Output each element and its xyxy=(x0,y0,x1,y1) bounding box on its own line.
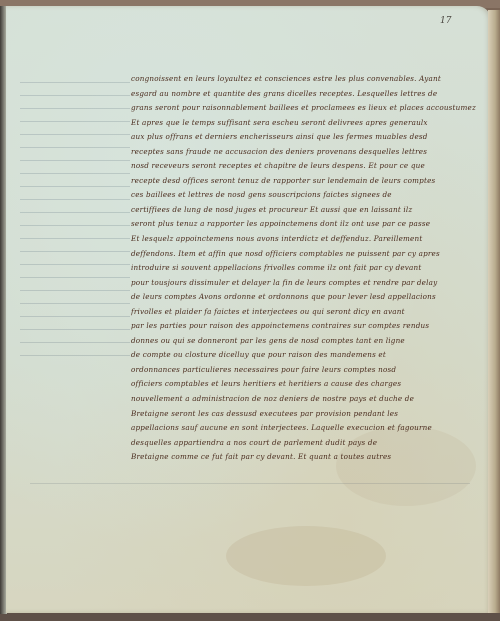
manuscript-line-text: par les parties pour raison des appoinct… xyxy=(131,321,429,330)
manuscript-line: frivolles et plaider fa faictes et inter… xyxy=(131,305,481,320)
manuscript-line: ordonnances particulieres necessaires po… xyxy=(131,363,481,378)
manuscript-line-text: Bretaigne comme ce fut fait par cy devan… xyxy=(131,452,391,461)
manuscript-line-text: recepte desd offices seront tenuz de rap… xyxy=(131,176,435,185)
manuscript-line-text: Bretaigne seront les cas dessusd execute… xyxy=(131,409,398,418)
manuscript-line: pour tousjours dissimuler et delayer la … xyxy=(131,276,481,291)
manuscript-line: grans seront pour raisonnablement baille… xyxy=(131,101,481,116)
folio-number: 17 xyxy=(440,16,451,26)
page-fore-edge xyxy=(488,10,500,613)
manuscript-line: ces baillees et lettres de nosd gens sou… xyxy=(131,188,481,203)
manuscript-text-block: congnoissent en leurs loyaultez et consc… xyxy=(131,72,481,465)
manuscript-line: esgard au nombre et quantite des grans d… xyxy=(131,87,481,102)
manuscript-line-text: appellacions sauf aucune en sont interje… xyxy=(131,423,432,432)
manuscript-line-text: grans seront pour raisonnablement baille… xyxy=(131,103,476,112)
manuscript-line-text: ordonnances particulieres necessaires po… xyxy=(131,365,396,374)
manuscript-line: officiers comptables et leurs heritiers … xyxy=(131,377,481,392)
manuscript-line: appellacions sauf aucune en sont interje… xyxy=(131,421,481,436)
manuscript-line: aux plus offrans et derniers encherisseu… xyxy=(131,130,481,145)
manuscript-line: par les parties pour raison des appoinct… xyxy=(131,319,481,334)
manuscript-line: seront plus tenuz a rapporter les appoin… xyxy=(131,217,481,232)
manuscript-line: recepte desd offices seront tenuz de rap… xyxy=(131,174,481,189)
manuscript-line-text: Et lesquelz appoinctemens nous avons int… xyxy=(131,234,422,243)
manuscript-line: Bretaigne comme ce fut fait par cy devan… xyxy=(131,450,481,465)
manuscript-line-text: esgard au nombre et quantite des grans d… xyxy=(131,89,437,98)
manuscript-line: deffendons. Item et affin que nosd offic… xyxy=(131,247,481,262)
manuscript-line-text: Et apres que le temps suffisant sera esc… xyxy=(131,118,428,127)
manuscript-line-text: congnoissent en leurs loyaultez et consc… xyxy=(131,74,441,83)
manuscript-line-text: receptes sans fraude ne accusacion des d… xyxy=(131,147,427,156)
manuscript-line-text: aux plus offrans et derniers encherisseu… xyxy=(131,132,428,141)
manuscript-line: de compte ou closture dicelluy que pour … xyxy=(131,348,481,363)
manuscript-line-text: frivolles et plaider fa faictes et inter… xyxy=(131,307,405,316)
manuscript-line-text: pour tousjours dissimuler et delayer la … xyxy=(131,278,437,287)
manuscript-line: Et lesquelz appoinctemens nous avons int… xyxy=(131,232,481,247)
manuscript-line: de leurs comptes Avons ordonne et ordonn… xyxy=(131,290,481,305)
manuscript-line-text: nosd receveurs seront receptes et chapit… xyxy=(131,161,425,170)
manuscript-line: Bretaigne seront les cas dessusd execute… xyxy=(131,407,481,422)
manuscript-line-text: donnes ou qui se donneront par les gens … xyxy=(131,336,405,345)
manuscript-line: desquelles appartiendra a nos court de p… xyxy=(131,436,481,451)
manuscript-line-text: de leurs comptes Avons ordonne et ordonn… xyxy=(131,292,436,301)
manuscript-line-text: seront plus tenuz a rapporter les appoin… xyxy=(131,219,430,228)
manuscript-line: certiffiees de lung de nosd juges et pro… xyxy=(131,203,481,218)
manuscript-line: nouvellement a administracion de noz den… xyxy=(131,392,481,407)
manuscript-line-text: officiers comptables et leurs heritiers … xyxy=(131,379,401,388)
photo-background-bottom xyxy=(0,612,500,621)
parchment-stain xyxy=(226,526,386,586)
manuscript-line: donnes ou qui se donneront par les gens … xyxy=(131,334,481,349)
manuscript-line-text: introduire si souvent appellacions frivo… xyxy=(131,263,421,272)
manuscript-line: Et apres que le temps suffisant sera esc… xyxy=(131,116,481,131)
manuscript-line-text: nouvellement a administracion de noz den… xyxy=(131,394,414,403)
manuscript-line-text: desquelles appartiendra a nos court de p… xyxy=(131,438,377,447)
manuscript-line: introduire si souvent appellacions frivo… xyxy=(131,261,481,276)
manuscript-line-text: ces baillees et lettres de nosd gens sou… xyxy=(131,190,392,199)
ink-show-through xyxy=(20,70,130,370)
manuscript-line: receptes sans fraude ne accusacion des d… xyxy=(131,145,481,160)
manuscript-line: congnoissent en leurs loyaultez et consc… xyxy=(131,72,481,87)
manuscript-line-text: certiffiees de lung de nosd juges et pro… xyxy=(131,205,412,214)
manuscript-line-text: de compte ou closture dicelluy que pour … xyxy=(131,350,386,359)
ruling-line xyxy=(30,483,470,484)
manuscript-line: nosd receveurs seront receptes et chapit… xyxy=(131,159,481,174)
manuscript-line-text: deffendons. Item et affin que nosd offic… xyxy=(131,249,440,258)
